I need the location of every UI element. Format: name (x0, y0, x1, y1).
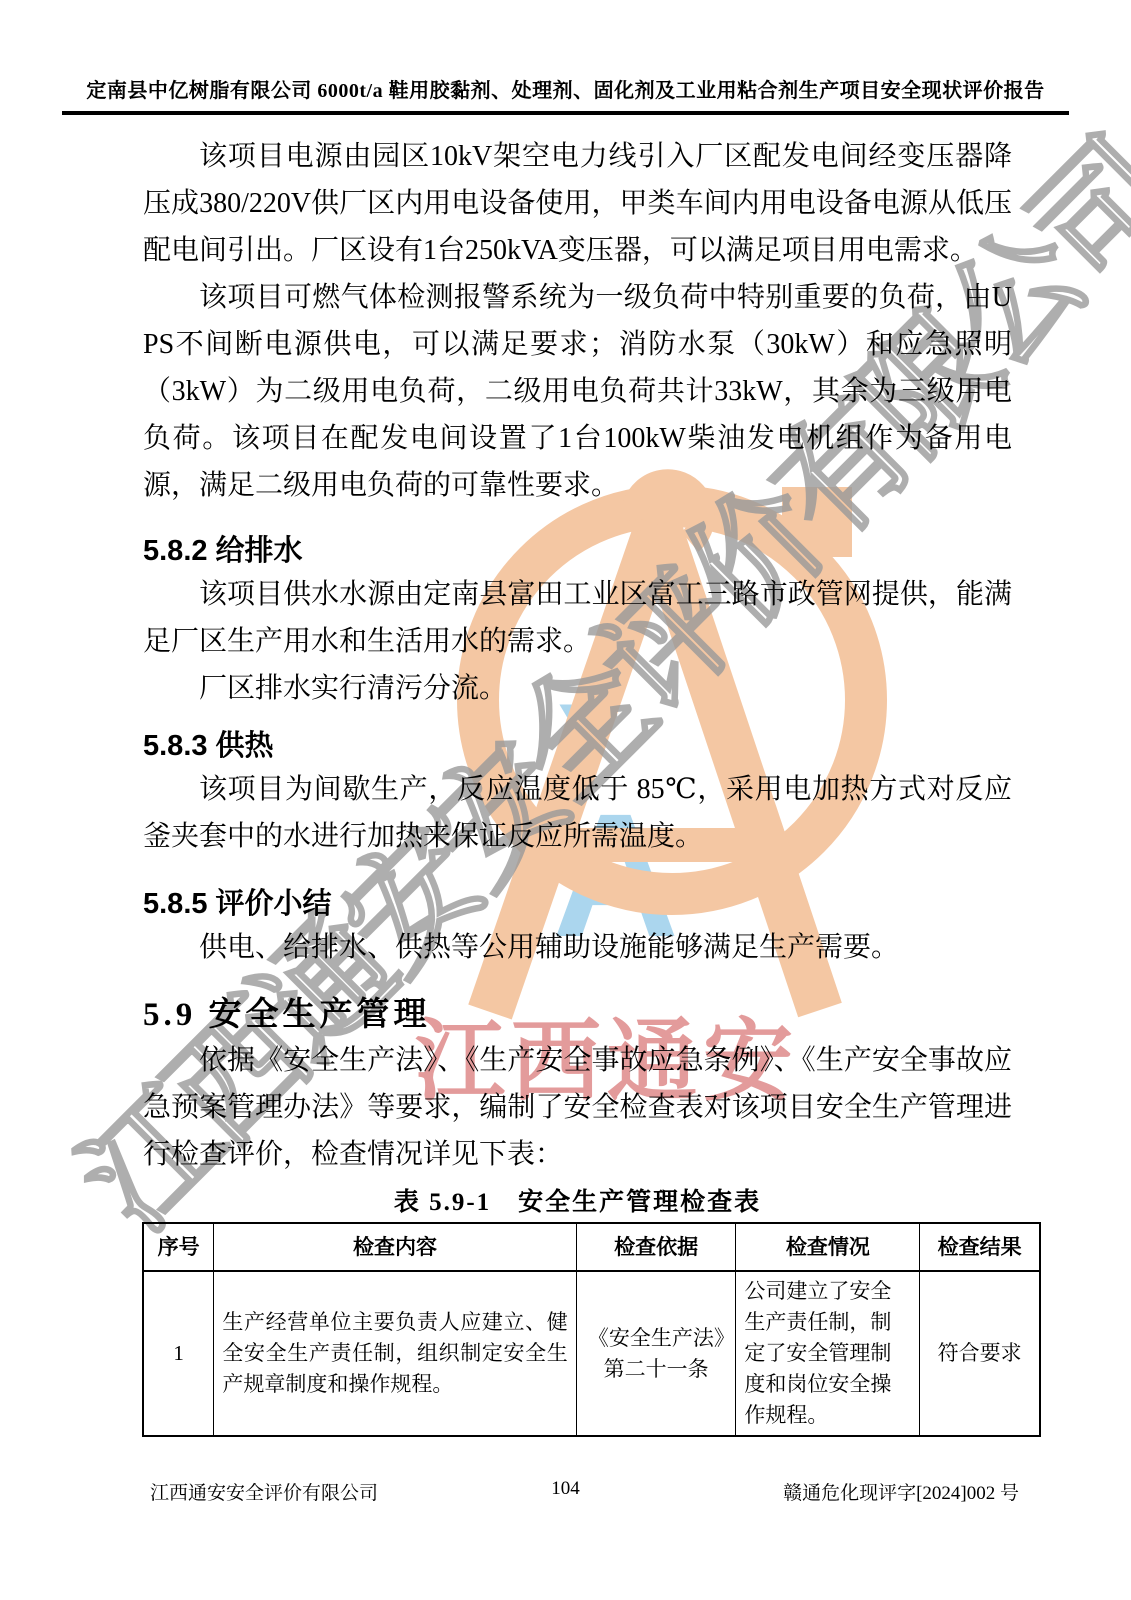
paragraph-power-supply: 该项目电源由园区10kV架空电力线引入厂区配发电间经变压器降压成380/220V… (143, 133, 1012, 274)
document-page: Y A 江西通安安全评价有限公司 江西通安 定南县中亿树脂有限公司 6000t/… (0, 0, 1131, 1600)
paragraph-heating: 该项目为间歇生产，反应温度低于 85℃，采用电加热方式对反应釜夹套中的水进行加热… (143, 766, 1012, 860)
table-header-row: 序号 检查内容 检查依据 检查情况 检查结果 (143, 1223, 1040, 1271)
col-header-situation: 检查情况 (736, 1223, 920, 1271)
paragraph-management: 依据《安全生产法》、《生产安全事故应急条例》、《生产安全事故应急预案管理办法》等… (143, 1037, 1012, 1178)
table-caption: 表 5.9-1 安全生产管理检查表 (143, 1188, 1012, 1218)
cell-no: 1 (143, 1271, 214, 1436)
heading-5-8-5: 5.8.5 评价小结 (143, 884, 1012, 924)
col-header-content: 检查内容 (214, 1223, 576, 1271)
document-body: 该项目电源由园区10kV架空电力线引入厂区配发电间经变压器降压成380/220V… (0, 115, 1131, 1437)
footer-doc-number: 赣通危化现评字[2024]002 号 (783, 1478, 1019, 1505)
cell-result: 符合要求 (920, 1271, 1040, 1436)
cell-situation: 公司建立了安全生产责任制，制定了安全管理制度和岗位安全操作规程。 (736, 1271, 920, 1436)
cell-basis: 《安全生产法》第二十一条 (576, 1271, 736, 1436)
page-content: 定南县中亿树脂有限公司 6000t/a 鞋用胶黏剂、处理剂、固化剂及工业用粘合剂… (0, 0, 1131, 1437)
heading-5-8-2: 5.8.2 给排水 (143, 531, 1012, 571)
table-row: 1 生产经营单位主要负责人应建立、健全安全生产责任制，组织制定安全生产规章制度和… (143, 1271, 1040, 1436)
footer-company: 江西通安安全评价有限公司 (150, 1478, 378, 1505)
paragraph-power-load: 该项目可燃气体检测报警系统为一级负荷中特别重要的负荷，由UPS不间断电源供电，可… (143, 274, 1012, 509)
col-header-no: 序号 (143, 1223, 214, 1271)
heading-5-9: 5.9 安全生产管理 (143, 993, 1012, 1037)
col-header-basis: 检查依据 (576, 1223, 736, 1271)
page-header-title: 定南县中亿树脂有限公司 6000t/a 鞋用胶黏剂、处理剂、固化剂及工业用粘合剂… (0, 0, 1131, 103)
paragraph-summary: 供电、给排水、供热等公用辅助设施能够满足生产需要。 (143, 924, 1012, 971)
col-header-result: 检查结果 (920, 1223, 1040, 1271)
cell-content: 生产经营单位主要负责人应建立、健全安全生产责任制，组织制定安全生产规章制度和操作… (214, 1271, 576, 1436)
paragraph-water-supply: 该项目供水水源由定南县富田工业区富工三路市政管网提供，能满足厂区生产用水和生活用… (143, 571, 1012, 665)
heading-5-8-3: 5.8.3 供热 (143, 726, 1012, 766)
safety-management-check-table: 序号 检查内容 检查依据 检查情况 检查结果 1 生产经营单位主要负责人应建立、… (142, 1222, 1041, 1437)
paragraph-drainage: 厂区排水实行清污分流。 (143, 665, 1012, 712)
